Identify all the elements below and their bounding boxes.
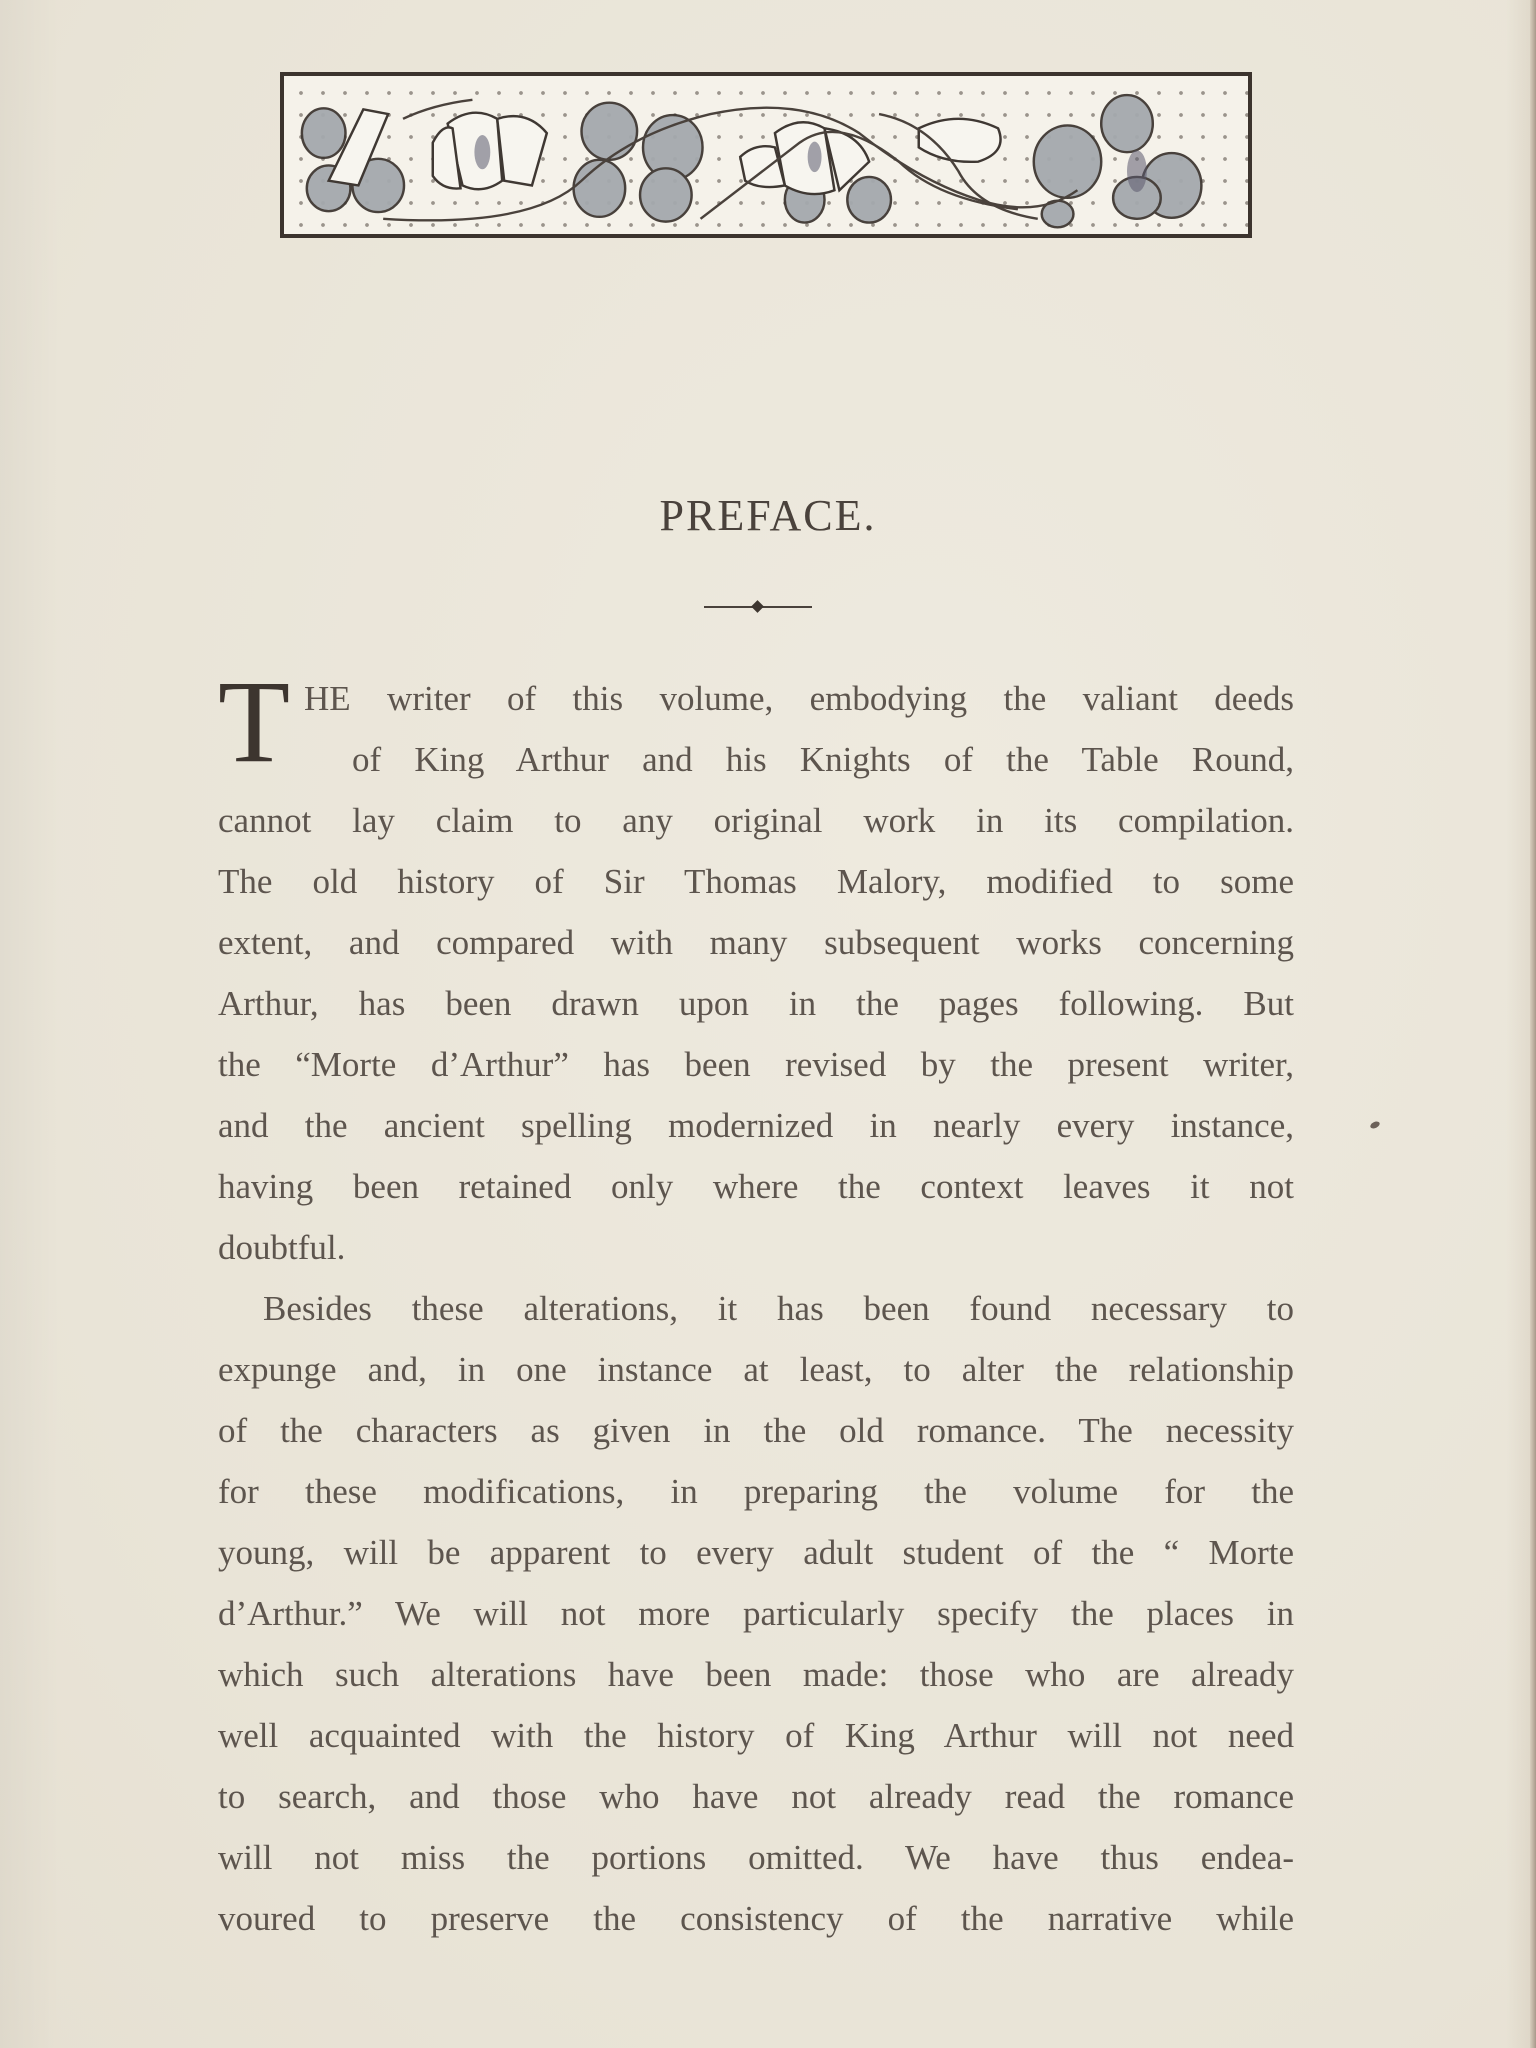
text-line: d’Arthur.” We will not more particularly… — [218, 1583, 1294, 1644]
text-line: for these modifications, in preparing th… — [218, 1461, 1294, 1522]
text-line: HE writer of this volume, embodying the … — [218, 668, 1294, 729]
text-line: young, will be apparent to every adult s… — [218, 1522, 1294, 1583]
text-line: voured to preserve the consistency of th… — [218, 1888, 1294, 1949]
diamond-icon — [751, 600, 764, 613]
drop-cap: T — [218, 672, 290, 772]
text-line: of the characters as given in the old ro… — [218, 1400, 1294, 1461]
text-line: of King Arthur and his Knights of the Ta… — [218, 729, 1294, 790]
page-title: PREFACE. — [0, 490, 1536, 542]
text-line: expunge and, in one instance at least, t… — [218, 1339, 1294, 1400]
text-line: cannot lay claim to any original work in… — [218, 790, 1294, 851]
text-line: extent, and compared with many subsequen… — [218, 912, 1294, 973]
text-line: doubtful. — [218, 1217, 1294, 1278]
text-line: to search, and those who have not alread… — [218, 1766, 1294, 1827]
text-line: which such alterations have been made: t… — [218, 1644, 1294, 1705]
page-edge — [1530, 0, 1536, 2048]
diamond-rule-divider — [704, 603, 812, 611]
text-line: and the ancient spelling modernized in n… — [218, 1095, 1294, 1156]
text-line: well acquainted with the history of King… — [218, 1705, 1294, 1766]
preface-text: T HE writer of this volume, embodying th… — [218, 668, 1294, 1949]
ink-speck — [1369, 1120, 1381, 1130]
text-line: Besides these alterations, it has been f… — [218, 1278, 1294, 1339]
paragraph-1: T HE writer of this volume, embodying th… — [218, 668, 1294, 1278]
book-page: PREFACE. T HE writer of this volume, emb… — [0, 0, 1536, 2048]
text-line: will not miss the portions omitted. We h… — [218, 1827, 1294, 1888]
text-line: Arthur, has been drawn upon in the pages… — [218, 973, 1294, 1034]
paragraph-2: Besides these alterations, it has been f… — [218, 1278, 1294, 1949]
floral-banner-ornament — [280, 72, 1252, 238]
floral-vine-icon — [284, 76, 1248, 234]
text-line: having been retained only where the cont… — [218, 1156, 1294, 1217]
text-line: The old history of Sir Thomas Malory, mo… — [218, 851, 1294, 912]
text-line: the “Morte d’Arthur” has been revised by… — [218, 1034, 1294, 1095]
